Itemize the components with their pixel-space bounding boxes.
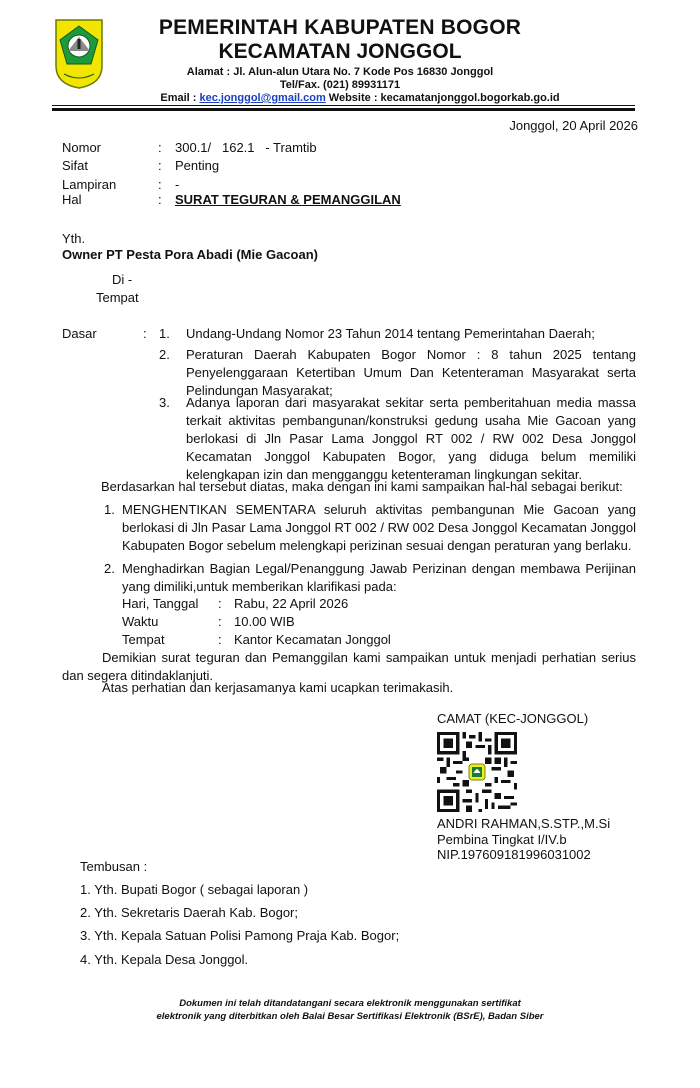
schedule-value: Kantor Kecamatan Jonggol bbox=[234, 632, 391, 647]
schedule-value: Rabu, 22 April 2026 bbox=[234, 596, 348, 611]
point-item-1: MENGHENTIKAN SEMENTARA seluruh aktivitas… bbox=[122, 501, 636, 555]
letterhead-telfax: Tel/Fax. (021) 89931171 bbox=[120, 79, 560, 91]
letterhead-rule-thin bbox=[52, 105, 635, 106]
schedule-colon: : bbox=[218, 632, 222, 647]
dasar-label: Dasar bbox=[62, 326, 97, 341]
website-text: kecamatanjonggol.bogorkab.go.id bbox=[381, 92, 560, 104]
schedule-label: Hari, Tanggal bbox=[122, 596, 198, 611]
qr-code-signature-icon bbox=[437, 732, 517, 812]
dasar-colon: : bbox=[143, 326, 147, 341]
dasar-item: Adanya laporan dari masyarakat sekitar s… bbox=[186, 394, 636, 484]
schedule-colon: : bbox=[218, 596, 222, 611]
dasar-item-number: 3. bbox=[159, 395, 170, 410]
signatory-name: ANDRI RAHMAN,S.STP.,M.Si bbox=[437, 816, 610, 831]
letterhead-address: Alamat : Jl. Alun-alun Utara No. 7 Kode … bbox=[120, 66, 560, 78]
place-date: Jonggol, 20 April 2026 bbox=[509, 118, 638, 133]
recipient-tempat: Tempat bbox=[96, 290, 139, 305]
point-number: 2. bbox=[104, 561, 115, 576]
letterhead-rule-thick bbox=[52, 108, 635, 111]
meta-colon: : bbox=[158, 158, 162, 173]
meta-value: Penting bbox=[175, 158, 219, 173]
schedule-label: Waktu bbox=[122, 614, 158, 629]
point-item-2: Menghadirkan Bagian Legal/Penanggung Jaw… bbox=[122, 560, 636, 596]
schedule-row-place: Tempat : Kantor Kecamatan Jonggol bbox=[122, 632, 522, 650]
meta-colon: : bbox=[158, 177, 162, 192]
salutation: Yth. bbox=[62, 231, 85, 246]
schedule-colon: : bbox=[218, 614, 222, 629]
meta-value: - bbox=[175, 177, 179, 192]
meta-label: Nomor bbox=[62, 140, 101, 155]
letterhead-contact: Email : kec.jonggol@gmail.com Website : … bbox=[60, 92, 660, 104]
e-signature-note-line2: elektronik yang diterbitkan oleh Balai B… bbox=[140, 1010, 560, 1023]
intro-text: Berdasarkan hal tersebut diatas, maka de… bbox=[101, 478, 641, 496]
signatory-nip: NIP.197609181996031002 bbox=[437, 847, 591, 862]
e-signature-note-line1: Dokumen ini telah ditandatangani secara … bbox=[140, 997, 560, 1010]
dasar-item: Undang-Undang Nomor 23 Tahun 2014 tentan… bbox=[186, 325, 636, 343]
tembusan-item: 3. Yth. Kepala Satuan Polisi Pamong Praj… bbox=[80, 928, 399, 943]
dasar-item-number: 1. bbox=[159, 326, 170, 341]
schedule-label: Tempat bbox=[122, 632, 165, 647]
meta-label: Hal bbox=[62, 192, 82, 207]
point-bold-lead: MENGHENTIKAN SEMENTARA bbox=[122, 502, 315, 517]
recipient-di: Di - bbox=[112, 272, 132, 287]
dasar-item: Peraturan Daerah Kabupaten Bogor Nomor :… bbox=[186, 346, 636, 400]
email-link[interactable]: kec.jonggol@gmail.com bbox=[199, 92, 325, 104]
tembusan-title: Tembusan : bbox=[80, 859, 147, 874]
signatory-rank: Pembina Tingkat I/IV.b bbox=[437, 832, 567, 847]
meta-colon: : bbox=[158, 192, 162, 207]
tembusan-item: 4. Yth. Kepala Desa Jonggol. bbox=[80, 952, 248, 967]
meta-colon: : bbox=[158, 140, 162, 155]
tembusan-item: 1. Yth. Bupati Bogor ( sebagai laporan ) bbox=[80, 882, 308, 897]
signatory-position: CAMAT (KEC-JONGGOL) bbox=[437, 711, 588, 726]
kabupaten-bogor-crest-icon bbox=[54, 18, 104, 90]
thanks-paragraph: Atas perhatian dan kerjasamanya kami uca… bbox=[102, 679, 636, 697]
letterhead-title-line2: KECAMATAN JONGGOL bbox=[120, 40, 560, 64]
schedule-value: 10.00 WIB bbox=[234, 614, 295, 629]
dasar-item-number: 2. bbox=[159, 347, 170, 362]
subject: SURAT TEGURAN & PEMANGGILAN bbox=[175, 192, 401, 207]
tembusan-item: 2. Yth. Sekretaris Daerah Kab. Bogor; bbox=[80, 905, 298, 920]
schedule-row-date: Hari, Tanggal : Rabu, 22 April 2026 bbox=[122, 596, 522, 614]
meta-label: Sifat bbox=[62, 158, 88, 173]
email-label: Email : bbox=[160, 92, 199, 104]
point-number: 1. bbox=[104, 502, 115, 517]
recipient-name: Owner PT Pesta Pora Abadi (Mie Gacoan) bbox=[62, 247, 318, 262]
website-label: Website : bbox=[326, 92, 381, 104]
letterhead-title-line1: PEMERINTAH KABUPATEN BOGOR bbox=[120, 16, 560, 40]
schedule-row-time: Waktu : 10.00 WIB bbox=[122, 614, 522, 632]
meta-label: Lampiran bbox=[62, 177, 116, 192]
meta-value: 300.1/ 162.1 - Tramtib bbox=[175, 140, 317, 155]
